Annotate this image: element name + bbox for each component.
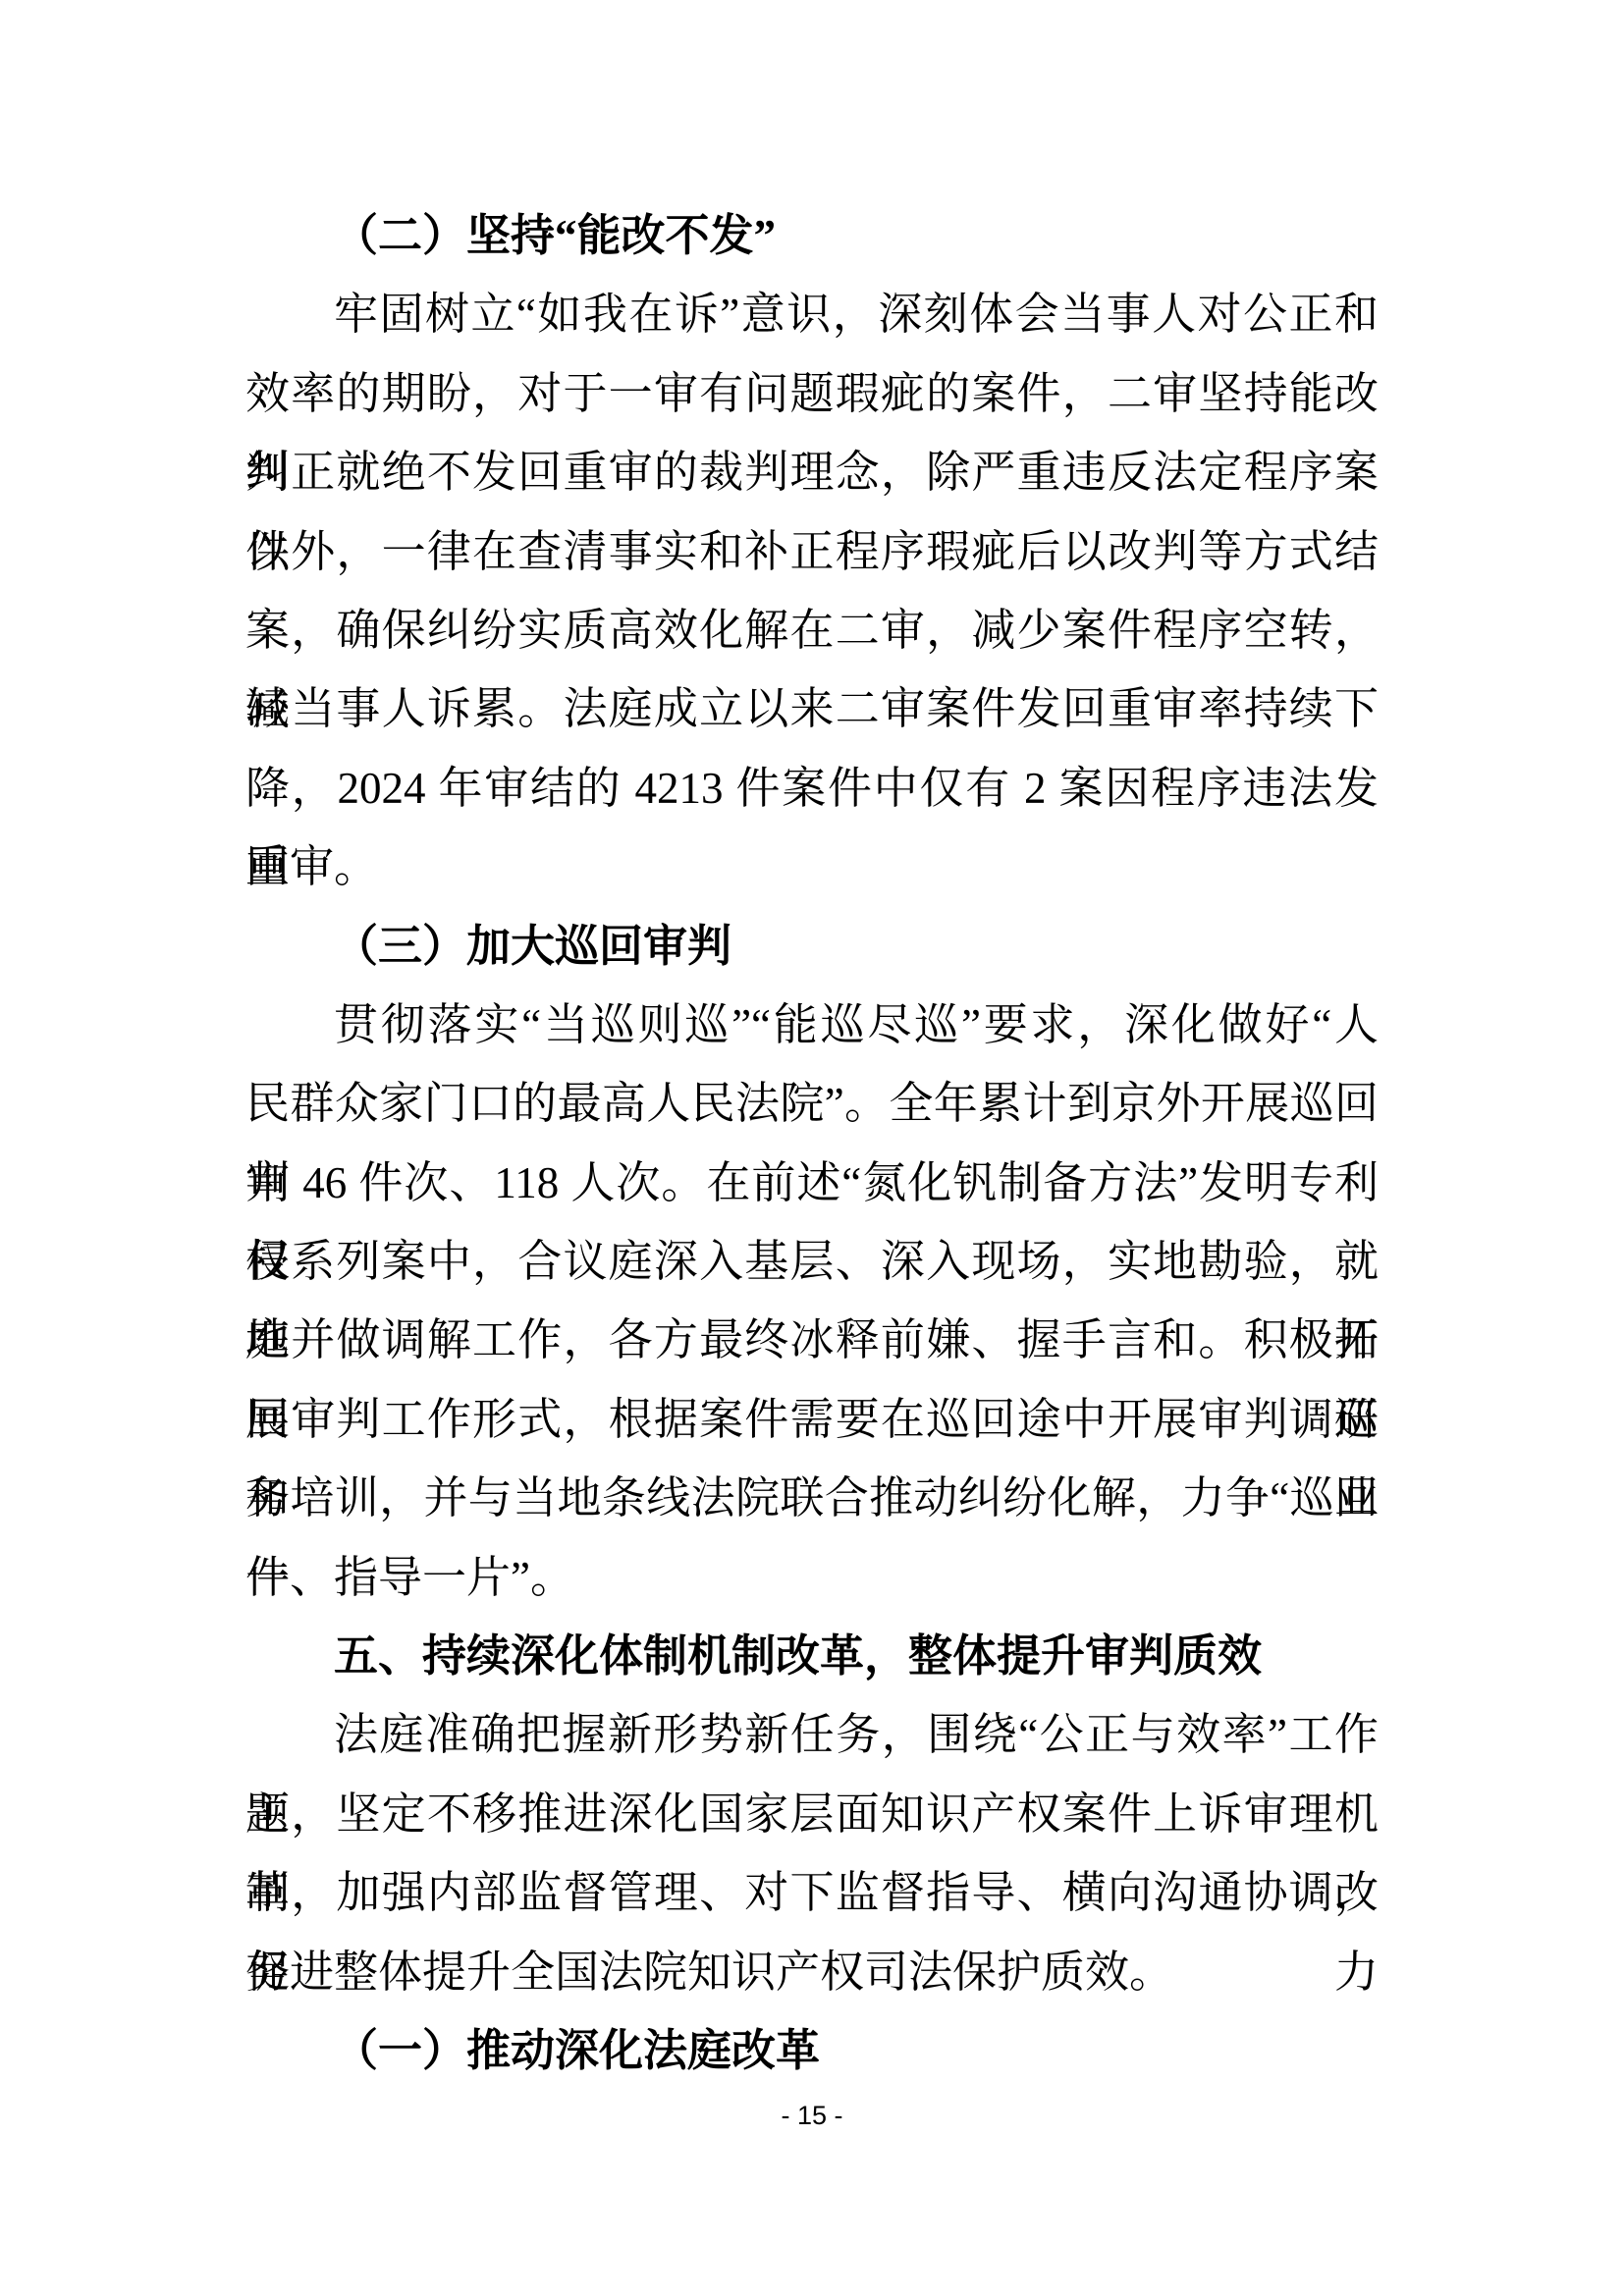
text-line: 务培训，并与当地条线法院联合推动纠纷化解，力争“巡回一 xyxy=(245,1459,1379,1537)
text-line: 件、指导一片”。 xyxy=(245,1538,1379,1617)
text-line: 案，确保纠纷实质高效化解在二审，减少案件程序空转，减 xyxy=(245,591,1379,669)
page-footer: - 15 - xyxy=(0,2099,1624,2132)
chapter-heading: 五、持续深化体制机制改革，整体提升审判质效 xyxy=(245,1617,1379,1695)
text-line: 效率的期盼，对于一审有问题瑕疵的案件，二审坚持能改判 xyxy=(245,354,1379,433)
text-line: 纠正就绝不发回重审的裁判理念，除严重违反法定程序案件 xyxy=(245,433,1379,511)
section-heading: （一）推动深化法庭改革 xyxy=(245,2011,1379,2090)
text-line: 轻当事人诉累。法庭成立以来二审案件发回重审率持续下 xyxy=(245,669,1379,748)
text-line: 降，2024 年审结的 4213 件案件中仅有 2 案因程序违法发回 xyxy=(245,749,1379,828)
page-number: - 15 - xyxy=(781,2101,842,2130)
section-heading: （三）加大巡回审判 xyxy=(245,907,1379,986)
text-line: 贯彻落实“当巡则巡”“能巡尽巡”要求，深化做好“人 xyxy=(245,986,1379,1064)
text-line: 革，加强内部监督管理、对下监督指导、横向沟通协调，努力 xyxy=(245,1853,1379,1932)
text-line: 回审判工作形式，根据案件需要在巡回途中开展审判调研和业 xyxy=(245,1380,1379,1459)
page-content: （二）坚持“能改不发” 牢固树立“如我在诉”意识，深刻体会当事人对公正和 效率的… xyxy=(245,196,1379,2090)
text-line: 法庭准确把握新形势新任务，围绕“公正与效率”工作主 xyxy=(245,1695,1379,1774)
section-heading: （二）坚持“能改不发” xyxy=(245,196,1379,275)
text-line: 以外，一律在查清事实和补正程序瑕疵后以改判等方式结 xyxy=(245,512,1379,591)
text-line: 题，坚定不移推进深化国家层面知识产权案件上诉审理机制改 xyxy=(245,1775,1379,1853)
text-line: 牢固树立“如我在诉”意识，深刻体会当事人对公正和 xyxy=(245,275,1379,353)
text-line: 判 46 件次、118 人次。在前述“氮化钒制备方法”发明专利侵 xyxy=(245,1144,1379,1222)
text-line: 权系列案中，合议庭深入基层、深入现场，实地勘验，就地开 xyxy=(245,1222,1379,1301)
text-line: 庭并做调解工作，各方最终冰释前嫌、握手言和。积极拓展巡 xyxy=(245,1301,1379,1379)
text-line: 重审。 xyxy=(245,828,1379,906)
document-page: （二）坚持“能改不发” 牢固树立“如我在诉”意识，深刻体会当事人对公正和 效率的… xyxy=(0,0,1624,2296)
text-line: 民群众家门口的最高人民法院”。全年累计到京外开展巡回审 xyxy=(245,1064,1379,1143)
